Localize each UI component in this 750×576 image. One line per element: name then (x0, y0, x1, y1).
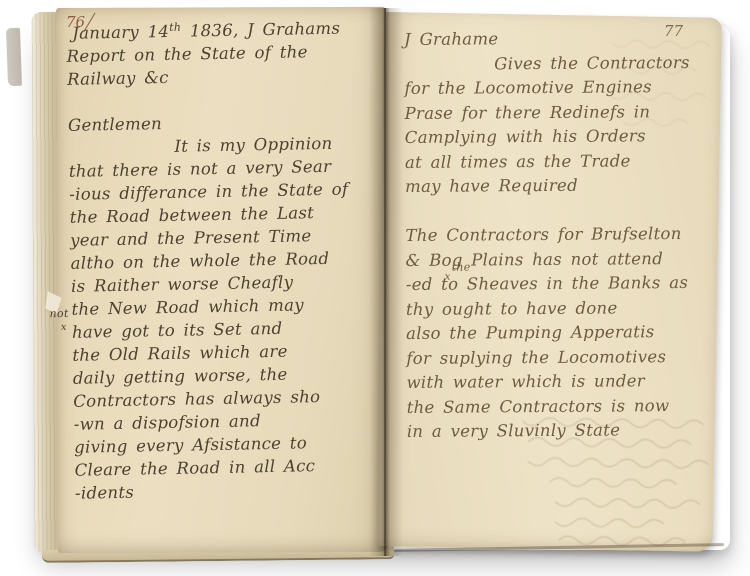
entry-title-ordinal: th (169, 21, 181, 34)
insertion-caret-left: x (61, 322, 67, 333)
handwriting-line: may have Required (399, 173, 729, 200)
handwriting-line: The Contractors for Brufselton (399, 222, 729, 249)
right-page-lines: J GrahameGives the Contractorsfor the Lo… (398, 26, 731, 445)
cover-edge (6, 28, 22, 86)
handwriting-line: the Same Contractors is now (401, 393, 731, 420)
handwriting-line: with water which is under (400, 369, 730, 396)
handwriting-line: Gives the Contractors (398, 50, 728, 77)
handwriting-line: Camplying with his Orders (399, 124, 729, 151)
entry-title-date: January 14 (72, 22, 169, 43)
handwriting-line: J Grahame (398, 26, 728, 53)
photo-of-open-notebook: 76/ 77 January 14th 1836, J Grahams Repo… (0, 0, 750, 576)
entry-title-rest: 1836, J Grahams (181, 19, 340, 41)
handwriting-line: thy ought to have done (400, 295, 730, 322)
right-page-text: J GrahameGives the Contractorsfor the Lo… (398, 26, 731, 445)
insertion-caret-right: x (445, 272, 451, 283)
handwriting-line: & Bog Plains has not attend (400, 246, 730, 273)
left-page-lines: Report on the State of theRailway &cGent… (60, 39, 385, 505)
handwriting-line: at all times as the Trade (399, 148, 729, 175)
left-page-text: January 14th 1836, J Grahams Report on t… (60, 16, 385, 505)
handwriting-line (399, 197, 729, 224)
inserted-word-the: the (452, 260, 471, 273)
handwriting-line: Prase for there Redinefs in (399, 99, 729, 126)
handwriting-line: in a very Sluvinly State (401, 418, 731, 445)
inserted-word-not: not (49, 307, 68, 320)
handwriting-line: for suplying the Locomotives (400, 344, 730, 371)
handwriting-line: for the Locomotive Engines (398, 75, 728, 102)
handwriting-line: also the Pumping Apperatis (400, 320, 730, 347)
